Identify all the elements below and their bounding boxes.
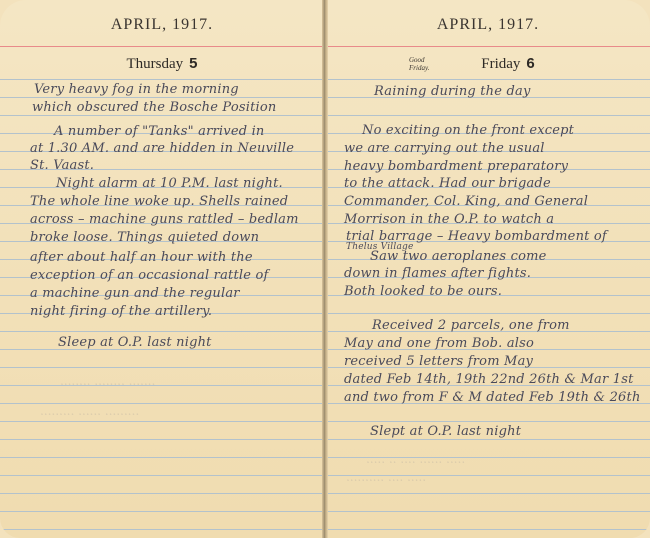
entry-line: at 1.30 AM. and are hidden in Neuville (30, 141, 294, 156)
entry-line: we are carrying out the usual (344, 141, 545, 156)
entry-line: The whole line woke up. Shells rained (30, 194, 288, 209)
rule-line (326, 421, 650, 422)
right-month-header: APRIL, 1917. (326, 16, 650, 34)
right-day-name: Friday (481, 56, 520, 72)
left-day-name: Thursday (127, 56, 184, 72)
entry-line: Slept at O.P. last night (370, 424, 521, 439)
rule-line (326, 529, 650, 530)
entry-line: across – machine guns rattled – bedlam (30, 212, 299, 227)
rule-line (0, 529, 324, 530)
entry-line: after about half an hour with the (30, 250, 253, 265)
rule-line (326, 79, 650, 80)
rule-line (326, 313, 650, 314)
left-header-rule (0, 46, 324, 47)
rule-line (0, 457, 324, 458)
rule-line (326, 511, 650, 512)
entry-line: which obscured the Bosche Position (32, 100, 277, 115)
entry-line: received 5 letters from May (344, 354, 533, 369)
entry-line: A number of "Tanks" arrived in (54, 124, 265, 139)
entry-line: Morrison in the O.P. to watch a (344, 212, 554, 227)
rule-line (326, 439, 650, 440)
entry-line: Very heavy fog in the morning (34, 82, 239, 97)
entry-line: night firing of the artillery. (30, 304, 212, 319)
diary-spread: APRIL, 1917. Thursday5 Very heavy fog in… (0, 0, 650, 538)
bleed-through-text: ..... ...... .... .. ..... (366, 452, 465, 466)
entry-line: a machine gun and the regular (30, 286, 240, 301)
rule-line (0, 511, 324, 512)
entry-line: Saw two aeroplanes come (370, 249, 547, 264)
bleed-through-text: ....... ........ ........ (60, 374, 155, 388)
bleed-through-text: ......... ...... ......... (40, 404, 139, 418)
entry-line: Commander, Col. King, and General (344, 194, 588, 209)
entry-line: and two from F & M dated Feb 19th & 26th (344, 390, 641, 405)
entry-line: May and one from Bob. also (344, 336, 534, 351)
entry-line: down in flames after fights. (344, 266, 531, 281)
left-month-header: APRIL, 1917. (0, 16, 324, 34)
entry-line: Received 2 parcels, one from (372, 318, 570, 333)
rule-line (0, 79, 324, 80)
entry-line: Sleep at O.P. last night (58, 335, 212, 350)
bleed-through-text: ..... .... .......... (346, 470, 426, 484)
entry-line: broke loose. Things quieted down (30, 230, 259, 245)
right-day-number: 6 (526, 55, 534, 72)
entry-line: heavy bombardment preparatory (344, 159, 568, 174)
rule-line (0, 421, 324, 422)
rule-line (0, 331, 324, 332)
rule-line (0, 385, 324, 386)
rule-line (0, 97, 324, 98)
right-day-heading: Friday6 (366, 55, 650, 73)
left-day-number: 5 (189, 55, 197, 72)
entry-line: dated Feb 14th, 19th 22nd 26th & Mar 1st (344, 372, 634, 387)
entry-line: to the attack. Had our brigade (344, 176, 551, 191)
rule-line (326, 493, 650, 494)
rule-line (0, 439, 324, 440)
left-page: APRIL, 1917. Thursday5 Very heavy fog in… (0, 0, 324, 538)
entry-line: exception of an occasional rattle of (30, 268, 269, 283)
rule-line (0, 115, 324, 116)
entry-line: Night alarm at 10 P.M. last night. (56, 176, 283, 191)
right-header-rule (326, 46, 650, 47)
entry-line: St. Vaast. (30, 158, 94, 173)
rule-line (0, 493, 324, 494)
entry-line: Raining during the day (374, 84, 530, 99)
entry-line: Both looked to be ours. (344, 284, 502, 299)
rule-line (0, 367, 324, 368)
entry-line: No exciting on the front except (362, 123, 574, 138)
rule-line (326, 115, 650, 116)
right-page: APRIL, 1917. Good Friday. Friday6 (326, 0, 650, 538)
left-day-heading: Thursday5 (0, 55, 324, 73)
book-gutter (322, 0, 328, 538)
rule-line (0, 475, 324, 476)
